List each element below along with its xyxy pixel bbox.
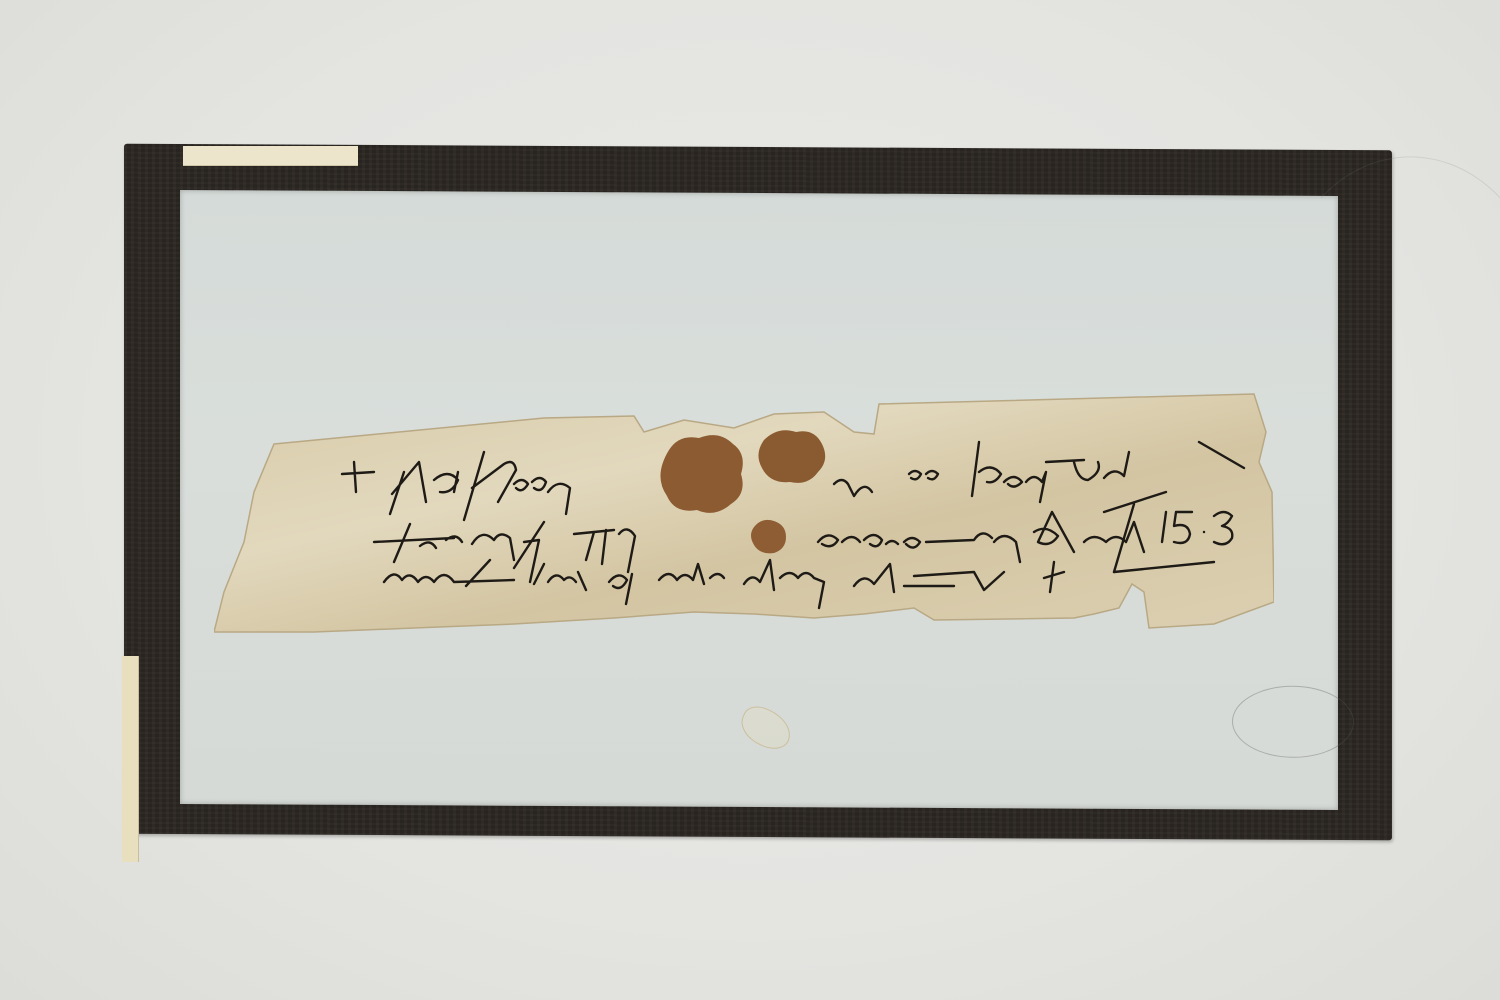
tape-strip-top (183, 146, 358, 166)
manuscript-fragment (214, 392, 1274, 642)
tape-strip-left (122, 656, 139, 862)
glass-scratch-mark (1232, 685, 1354, 758)
glass-scratch-mark (1280, 156, 1500, 459)
fragment-shape (214, 392, 1274, 642)
